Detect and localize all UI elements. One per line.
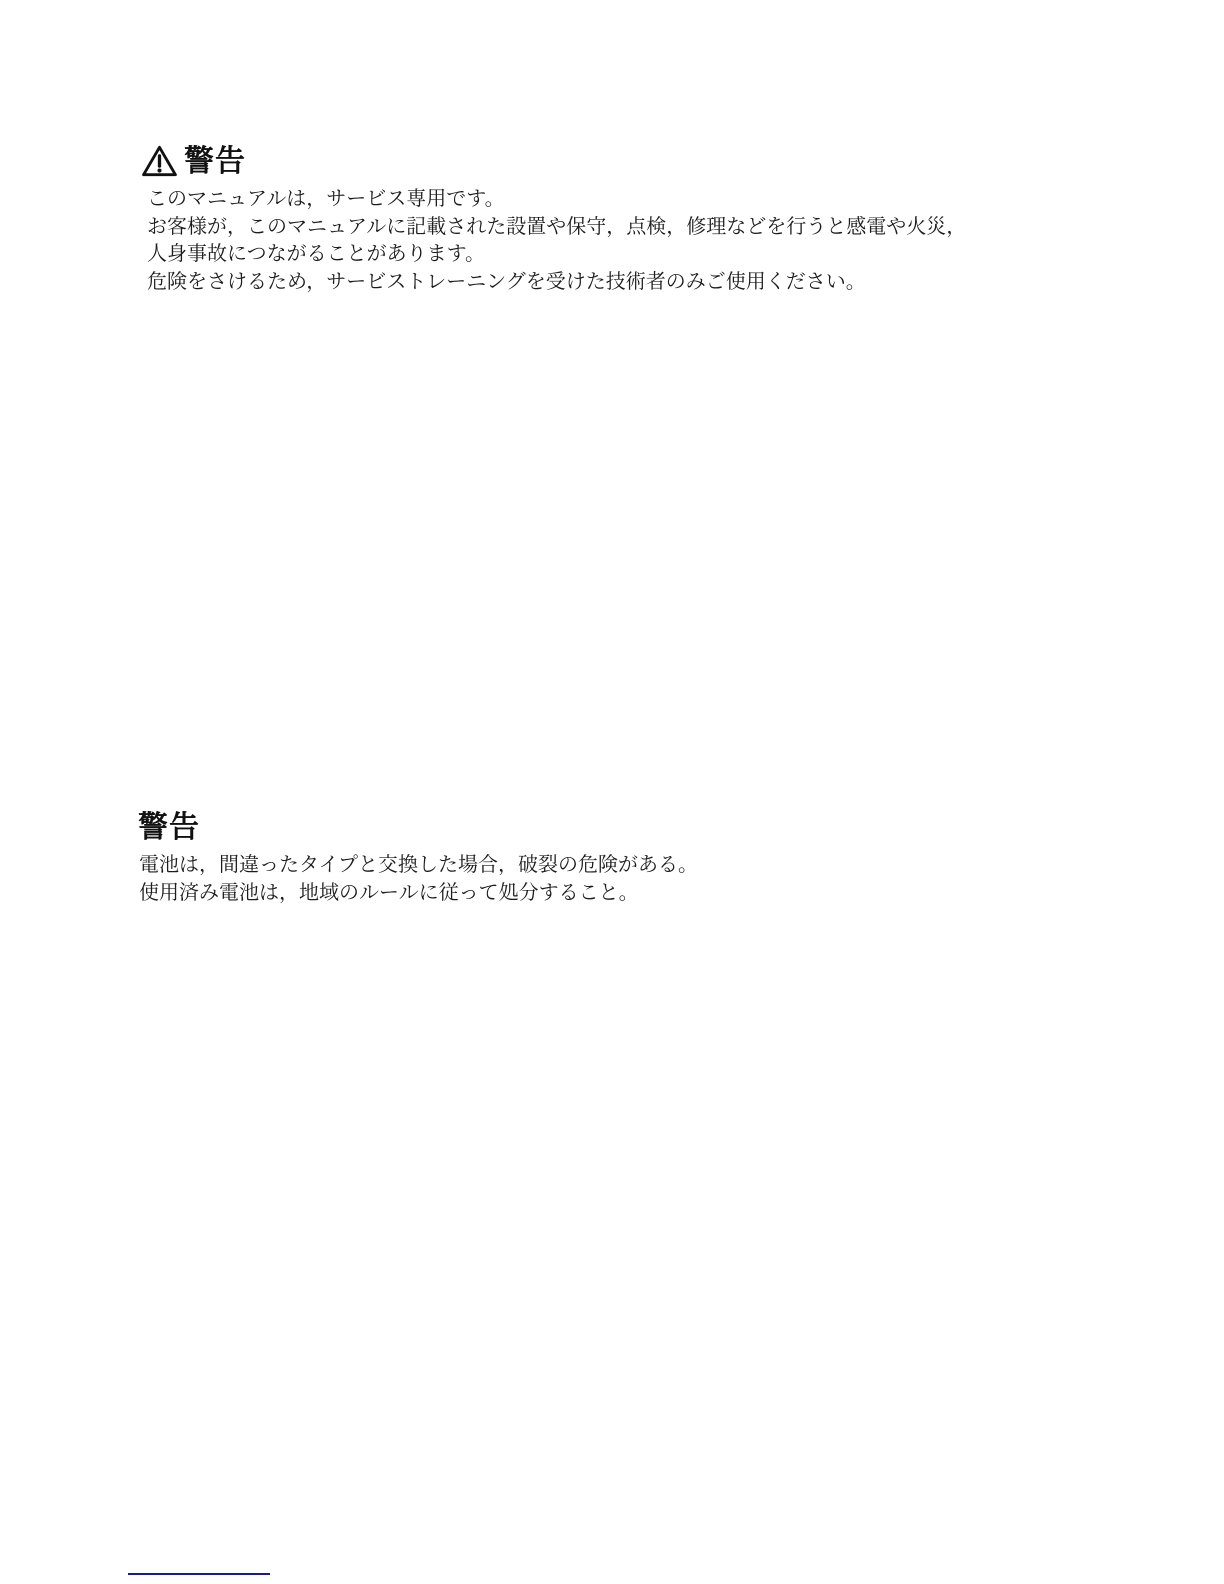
warning-body-text: このマニュアルは，サービス専用です。 お客様が，このマニュアルに記載された設置や…	[147, 185, 1081, 295]
warning-section-battery: 警告 電池は，間違ったタイプと交換した場合，破裂の危険がある。 使用済み電池は，…	[138, 811, 938, 906]
manual-warning-page: 警告 このマニュアルは，サービス専用です。 お客様が，このマニュアルに記載された…	[0, 0, 1224, 1584]
footer-rule	[128, 1573, 270, 1575]
warning-text-line: このマニュアルは，サービス専用です。	[147, 185, 1081, 213]
warning-triangle-icon	[141, 144, 178, 178]
warning-text-line: 危険をさけるため，サービストレーニングを受けた技術者のみご使用ください。	[147, 268, 1081, 296]
warning-text-line: 人身事故につながることがあります。	[147, 240, 1081, 268]
warning-body-text: 電池は，間違ったタイプと交換した場合，破裂の危険がある。 使用済み電池は，地域の…	[139, 851, 938, 906]
warning-heading-label: 警告	[138, 811, 200, 844]
warning-text-line: お客様が，このマニュアルに記載された設置や保守，点検，修理などを行うと感電や火災…	[147, 213, 1081, 241]
warning-text-line: 電池は，間違ったタイプと交換した場合，破裂の危険がある。	[139, 851, 938, 879]
warning-heading-row: 警告	[141, 144, 1081, 178]
warning-heading-label: 警告	[184, 145, 246, 178]
warning-section-service-only: 警告 このマニュアルは，サービス専用です。 お客様が，このマニュアルに記載された…	[141, 144, 1081, 295]
warning-text-line: 使用済み電池は，地域のルールに従って処分すること。	[139, 879, 938, 907]
warning-heading-row: 警告	[138, 811, 938, 844]
